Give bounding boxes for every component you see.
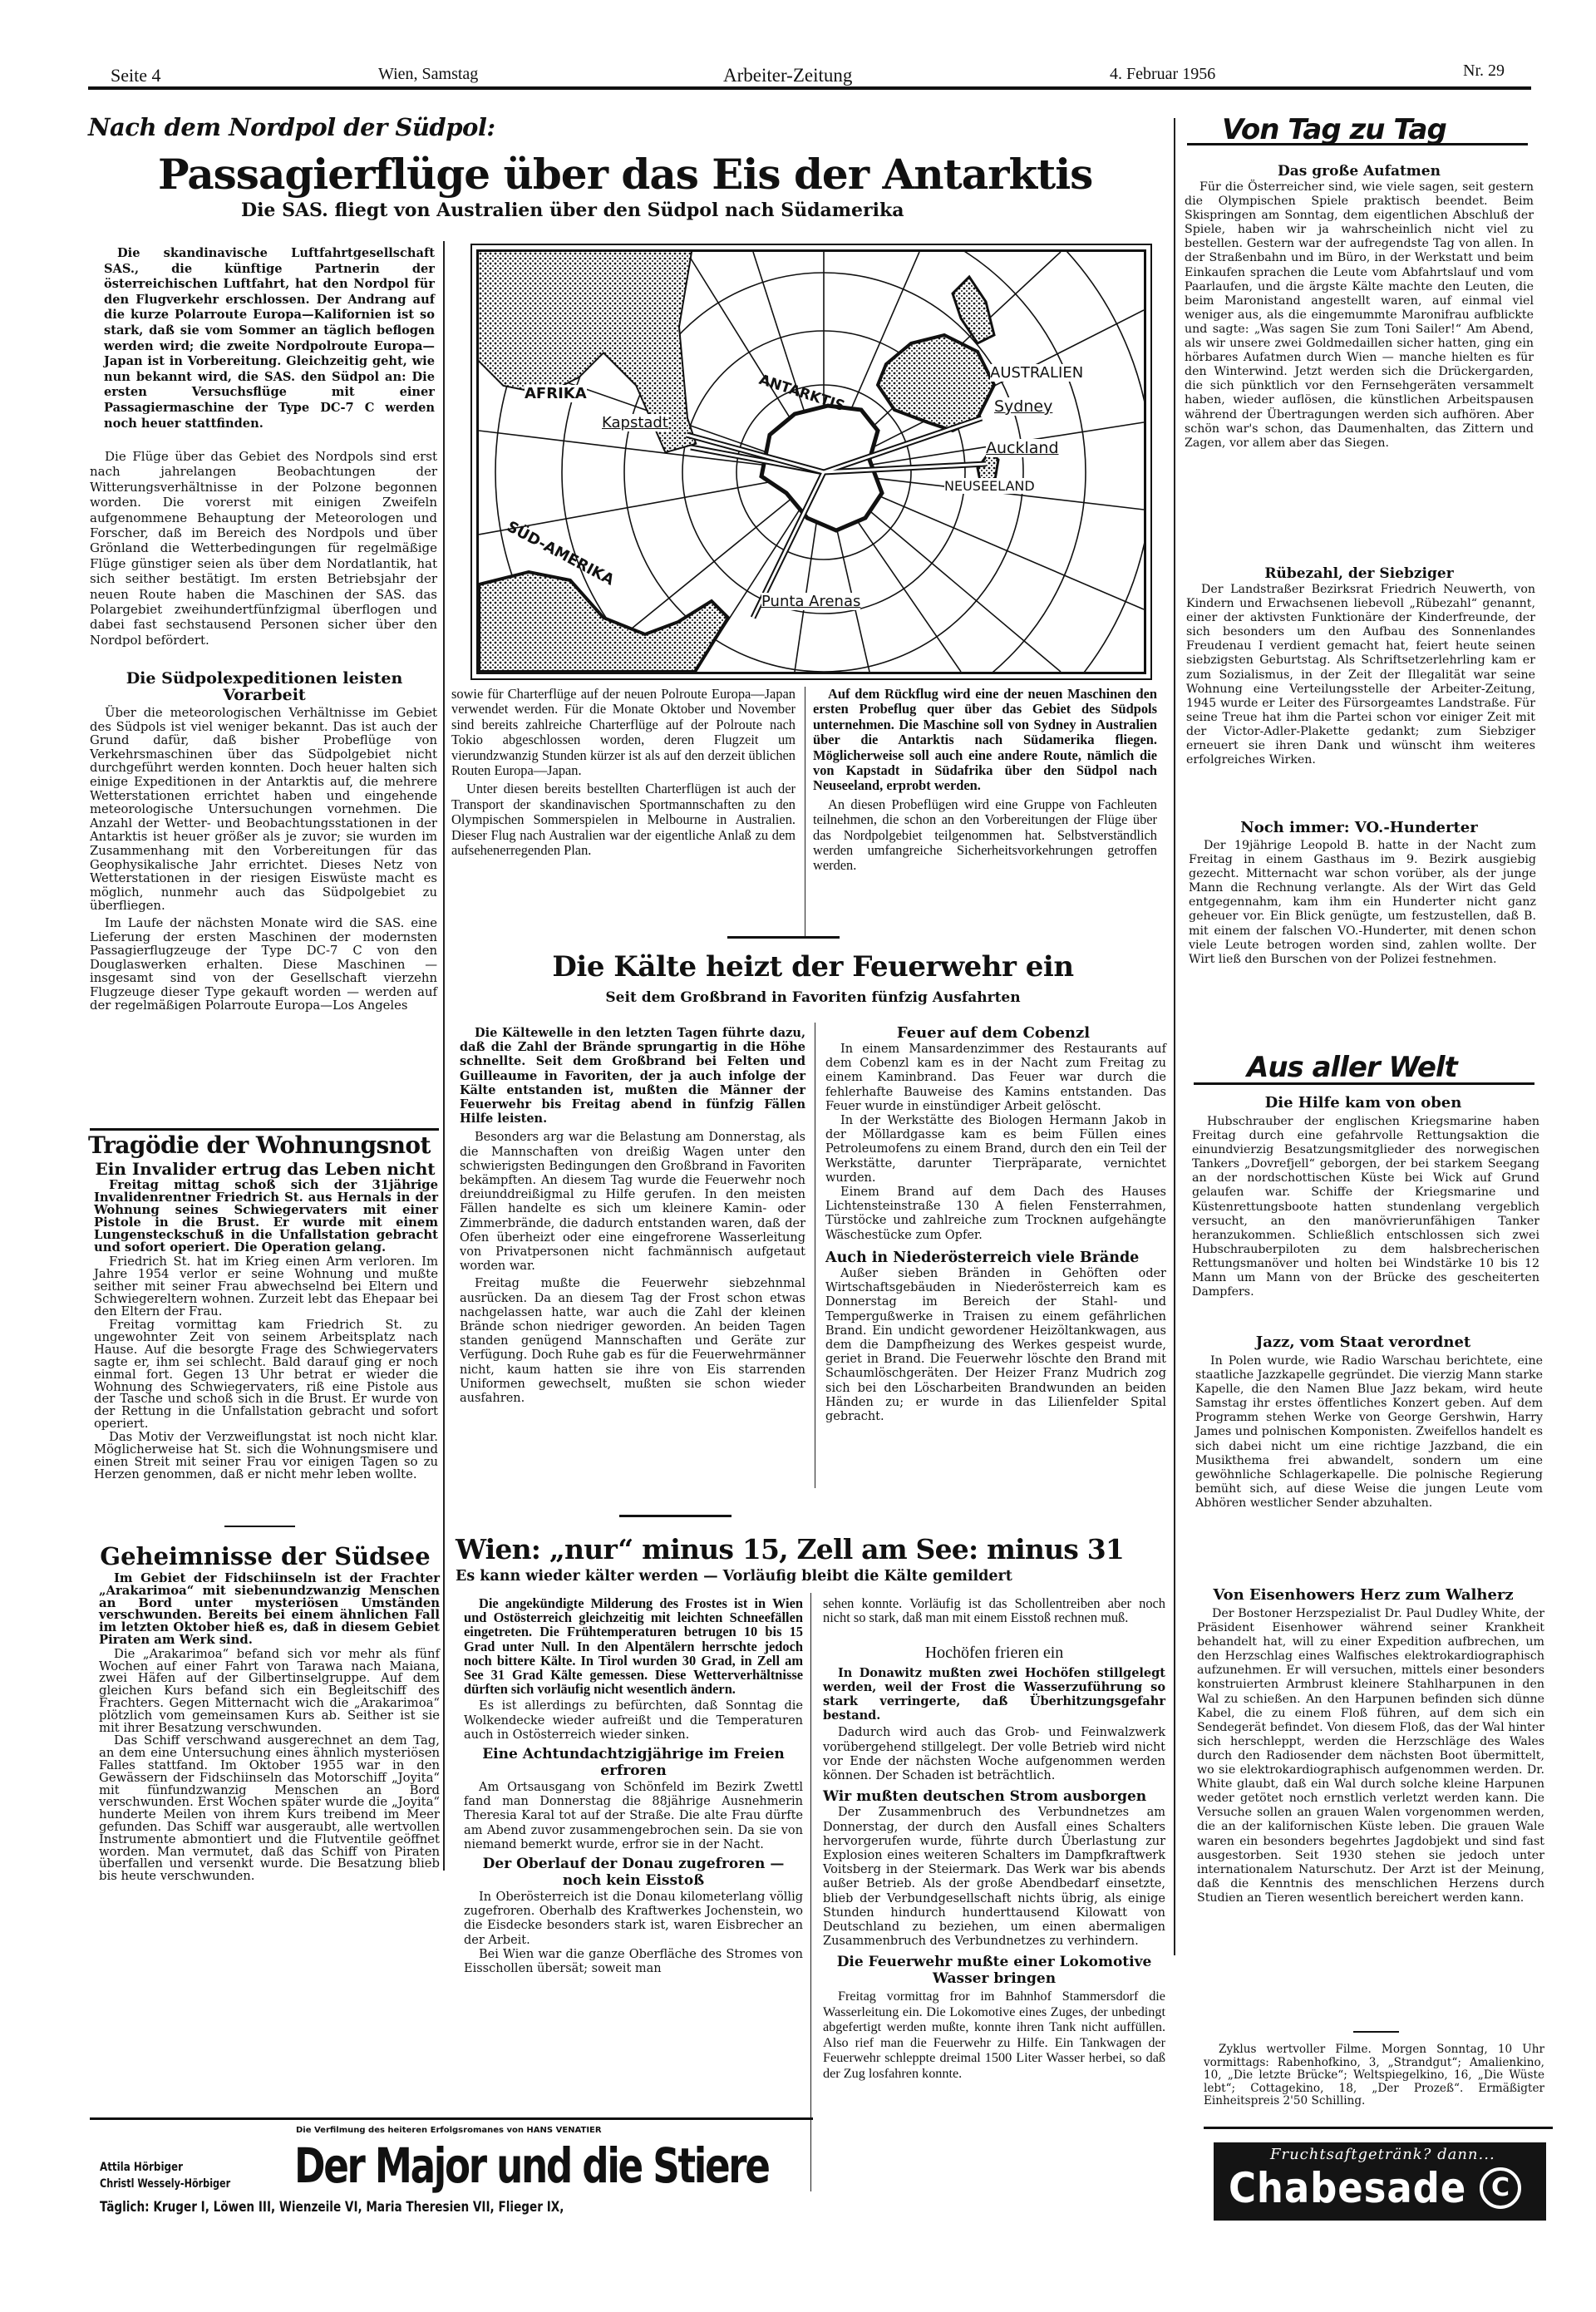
ad-separator bbox=[1204, 2127, 1553, 2129]
article-paragraph: Die Kältewelle in den letzten Tagen führ… bbox=[460, 1026, 805, 1126]
map-label-capetown: Kapstadt bbox=[602, 414, 668, 431]
article-paragraph: Außer sieben Bränden in Gehöften oder Wi… bbox=[825, 1267, 1166, 1424]
section-rule bbox=[1194, 1082, 1534, 1085]
vontag-body-1: Für die Österreicher sind, wie viele sag… bbox=[1185, 180, 1534, 454]
lead-paragraph: sowie für Charterflüge auf der neuen Pol… bbox=[451, 687, 796, 778]
article-separator bbox=[619, 1515, 731, 1517]
article-paragraph: In der Werkstätte des Biologen Hermann J… bbox=[825, 1114, 1166, 1186]
suedsee-body: Im Gebiet der Fidschiinseln ist der Frac… bbox=[99, 1573, 440, 1886]
section-von-tag-zu-tag: Von Tag zu Tag bbox=[1222, 113, 1446, 146]
cobenzl-heading: Feuer auf dem Cobenzl bbox=[821, 1024, 1165, 1042]
article-separator bbox=[90, 1128, 439, 1131]
feuerwehr-subhead: Seit dem Großbrand in Favoriten fünfzig … bbox=[456, 989, 1170, 1006]
kaelte-subheading: Hochöfen frieren ein bbox=[823, 1646, 1165, 1660]
film-cast-2: Christl Wessely-Hörbiger bbox=[100, 2177, 230, 2191]
kaelte-subheading: Eine Achtundachtzigjährige im Freien erf… bbox=[464, 1746, 803, 1779]
lead-paragraph: Über die meteorologischen Verhältnisse i… bbox=[90, 707, 437, 914]
map-label-puntaarenas: Punta Arenas bbox=[761, 593, 860, 610]
article-paragraph: Besonders arg war die Belastung am Donne… bbox=[460, 1131, 805, 1274]
kaelte-subheading: Die Feuerwehr mußte einer Lokomotive Was… bbox=[823, 1954, 1165, 1987]
article-paragraph: Die „Arakarimoa“ befand sich vor mehr al… bbox=[99, 1649, 440, 1735]
map-label-auckland: Auckland bbox=[986, 439, 1059, 457]
feuerwehr-headline: Die Kälte heizt der Feuerwehr ein bbox=[456, 950, 1170, 983]
page-number: Seite 4 bbox=[111, 65, 161, 86]
paper-name: Arbeiter-Zeitung bbox=[723, 65, 852, 86]
tragoedie-body: Freitag mittag schoß sich der 31jährige … bbox=[94, 1180, 438, 1485]
kaelte-subheading: Der Oberlauf der Donau zugefroren — noch… bbox=[464, 1856, 803, 1889]
notice-text: Zyklus wertvoller Filme. Morgen Sonntag,… bbox=[1204, 2043, 1544, 2108]
lead-paragraph: Im Laufe der nächsten Monate wird die SA… bbox=[90, 917, 437, 1013]
article-paragraph: In Oberösterreich ist die Donau kilomete… bbox=[464, 1891, 803, 1948]
article-paragraph: Bei Wien war die ganze Oberfläche des St… bbox=[464, 1948, 803, 1976]
chabesade-ad[interactable]: Fruchtsaftgetränk? dann... Chabesade C bbox=[1214, 2142, 1546, 2221]
article-paragraph: Freitag vormittag kam Friedrich St. zu u… bbox=[94, 1319, 438, 1431]
film-title: Der Major und die Stiere bbox=[294, 2137, 769, 2194]
article-paragraph: Am Ortsausgang von Schönfeld im Bezirk Z… bbox=[464, 1781, 803, 1852]
article-paragraph: Freitag mußte die Feuerwehr siebzehnmal … bbox=[460, 1277, 805, 1406]
vontag-heading-1: Das große Aufatmen bbox=[1185, 163, 1534, 180]
issue-number: Nr. 29 bbox=[1463, 62, 1505, 81]
drink-logo-icon: C bbox=[1480, 2167, 1521, 2209]
lead-subhead: Die SAS. fliegt von Australien über den … bbox=[241, 200, 904, 221]
article-paragraph: Die angekündigte Milderung des Frostes i… bbox=[464, 1596, 803, 1696]
drink-brand: Chabesade bbox=[1229, 2164, 1466, 2212]
lead-subheading: Die Südpolexpeditionen leisten Vorarbeit bbox=[115, 670, 414, 703]
auswelt-body-1: Hubschrauber der englischen Kriegsmarine… bbox=[1192, 1115, 1539, 1303]
lead-intro: Die skandinavische Luftfahrtgesellschaft… bbox=[104, 246, 435, 435]
article-paragraph: Der Bostoner Herzspezialist Dr. Paul Dud… bbox=[1197, 1607, 1544, 1905]
lead-body-col1b: Über die meteorologischen Verhältnisse i… bbox=[90, 707, 437, 1017]
place-day: Wien, Samstag bbox=[378, 65, 478, 84]
film-cinemas: Täglich: Kruger I, Löwen III, Wienzeile … bbox=[100, 2199, 564, 2216]
kaelte-subhead: Es kann wieder kälter werden — Vorläufig… bbox=[456, 1568, 1170, 1585]
article-separator bbox=[727, 936, 840, 939]
auswelt-body-2: In Polen wurde, wie Radio Warschau beric… bbox=[1195, 1354, 1543, 1514]
vontag-heading-3: Noch immer: VO.-Hunderter bbox=[1185, 819, 1534, 836]
feuerwehr-col1: Die Kältewelle in den letzten Tagen führ… bbox=[460, 1026, 805, 1409]
map-label-africa: AFRIKA bbox=[525, 385, 587, 402]
kaelte-headline: Wien: „nur“ minus 15, Zell am See: minus… bbox=[456, 1533, 1187, 1565]
suedsee-headline: Geheimnisse der Südsee bbox=[88, 1542, 442, 1570]
column-divider bbox=[1174, 118, 1175, 1955]
film-cycle-notice: Zyklus wertvoller Filme. Morgen Sonntag,… bbox=[1204, 2043, 1544, 2112]
drink-logo-letter: C bbox=[1491, 2173, 1510, 2202]
article-paragraph: Der Zusammenbruch des Verbundnetzes am D… bbox=[823, 1806, 1165, 1949]
article-paragraph: In Polen wurde, wie Radio Warschau beric… bbox=[1195, 1354, 1543, 1511]
article-separator bbox=[1353, 2031, 1399, 2033]
vontag-body-2: Der Landstraßer Bezirksrat Friedrich Neu… bbox=[1186, 583, 1535, 771]
article-paragraph: Freitag vormittag fror im Bahnhof Stamme… bbox=[823, 1989, 1165, 2081]
column-divider bbox=[443, 241, 445, 1871]
article-paragraph: Für die Österreicher sind, wie viele sag… bbox=[1185, 180, 1534, 451]
article-paragraph: Der 19jährige Leopold B. hatte in der Na… bbox=[1189, 839, 1536, 967]
section-aus-aller-welt: Aus aller Welt bbox=[1247, 1051, 1457, 1084]
map-label-sydney: Sydney bbox=[994, 397, 1052, 416]
kaelte-subheading: Wir mußten deutschen Strom ausborgen bbox=[823, 1790, 1165, 1804]
article-paragraph: Friedrich St. hat im Krieg einen Arm ver… bbox=[94, 1256, 438, 1319]
auswelt-heading-3: Von Eisenhowers Herz zum Walherz bbox=[1189, 1586, 1538, 1604]
lead-paragraph: Auf dem Rückflug wird eine der neuen Mas… bbox=[813, 687, 1157, 794]
vontag-body-3: Der 19jährige Leopold B. hatte in der Na… bbox=[1189, 839, 1536, 970]
article-paragraph: Einem Brand auf dem Dach des Hauses Lich… bbox=[825, 1186, 1166, 1243]
map-label-australia: AUSTRALIEN bbox=[990, 364, 1083, 382]
lead-kicker: Nach dem Nordpol der Südpol: bbox=[88, 113, 495, 141]
article-paragraph: In Donawitz mußten zwei Hochöfen stillge… bbox=[823, 1666, 1165, 1723]
article-paragraph: Es ist allerdings zu befürchten, daß Son… bbox=[464, 1699, 803, 1743]
auswelt-body-3: Der Bostoner Herzspezialist Dr. Paul Dud… bbox=[1197, 1607, 1544, 1909]
map-label-newzealand: NEUSEELAND bbox=[944, 478, 1035, 494]
column-divider bbox=[805, 687, 805, 936]
lead-paragraph: An diesen Probeflügen wird eine Gruppe v… bbox=[813, 797, 1157, 874]
article-separator bbox=[224, 1526, 295, 1527]
masthead-rule bbox=[88, 86, 1531, 90]
article-paragraph: Das Motiv der Verzweiflungstat ist noch … bbox=[94, 1432, 438, 1481]
feuerwehr-col2: In einem Mansardenzimmer des Restaurants… bbox=[825, 1043, 1166, 1427]
film-cast-1: Attila Hörbiger bbox=[100, 2161, 183, 2174]
lead-paragraph: Unter diesen bereits bestellten Charterf… bbox=[451, 781, 796, 858]
article-paragraph: Dadurch wird auch das Grob- und Feinwalz… bbox=[823, 1726, 1165, 1783]
kaelte-col1: Die angekündigte Milderung des Frostes i… bbox=[464, 1596, 803, 1979]
article-paragraph: Der Landstraßer Bezirksrat Friedrich Neu… bbox=[1186, 583, 1535, 767]
ad-separator bbox=[90, 2117, 813, 2120]
article-paragraph: Freitag mittag schoß sich der 31jährige … bbox=[94, 1180, 438, 1254]
film-ad[interactable]: Die Verfilmung des heiteren Erfolgsroman… bbox=[90, 2122, 805, 2214]
drink-tagline: Fruchtsaftgetränk? dann... bbox=[1270, 2146, 1495, 2163]
lead-body-col1: Die Flüge über das Gebiet des Nordpols s… bbox=[90, 449, 437, 651]
lead-intro-text: Die skandinavische Luftfahrtgesellschaft… bbox=[104, 246, 435, 431]
kaelte-col2: sehen konnte. Vorläufig ist das Schollen… bbox=[823, 1596, 1165, 2084]
lead-body-col3: Auf dem Rückflug wird eine der neuen Mas… bbox=[813, 687, 1157, 877]
issue-date: 4. Februar 1956 bbox=[1110, 65, 1215, 84]
lead-paragraph: Die Flüge über das Gebiet des Nordpols s… bbox=[90, 449, 437, 648]
lead-body-col2: sowie für Charterflüge auf der neuen Pol… bbox=[451, 687, 796, 861]
article-paragraph: Das Schiff verschwand ausgerechnet an de… bbox=[99, 1735, 440, 1883]
lead-headline: Passagierflüge über das Eis der Antarkti… bbox=[158, 150, 1114, 199]
column-divider bbox=[815, 1023, 815, 1488]
column-divider bbox=[810, 1593, 811, 2191]
vontag-heading-2: Rübezahl, der Siebziger bbox=[1185, 565, 1534, 582]
article-paragraph: In einem Mansardenzimmer des Restaurants… bbox=[825, 1043, 1166, 1114]
tragoedie-subhead: Ein Invalider ertrug das Leben nicht bbox=[88, 1159, 442, 1179]
article-paragraph: Hubschrauber der englischen Kriegsmarine… bbox=[1192, 1115, 1539, 1299]
tragoedie-headline: Tragödie der Wohnungsnot bbox=[88, 1131, 442, 1159]
antarctic-route-map: AFRIKA Kapstadt ANTARKTIS AUSTRALIEN Syd… bbox=[476, 249, 1146, 674]
noe-heading: Auch in Niederösterreich viele Brände bbox=[825, 1251, 1166, 1265]
auswelt-heading-1: Die Hilfe kam von oben bbox=[1189, 1094, 1538, 1112]
section-rule bbox=[1187, 143, 1528, 145]
article-paragraph: Im Gebiet der Fidschiinseln ist der Frac… bbox=[99, 1573, 440, 1647]
auswelt-heading-2: Jazz, vom Staat verordnet bbox=[1189, 1333, 1538, 1351]
article-paragraph: sehen konnte. Vorläufig ist das Schollen… bbox=[823, 1596, 1165, 1624]
film-tagline: Die Verfilmung des heiteren Erfolgsroman… bbox=[296, 2126, 602, 2135]
